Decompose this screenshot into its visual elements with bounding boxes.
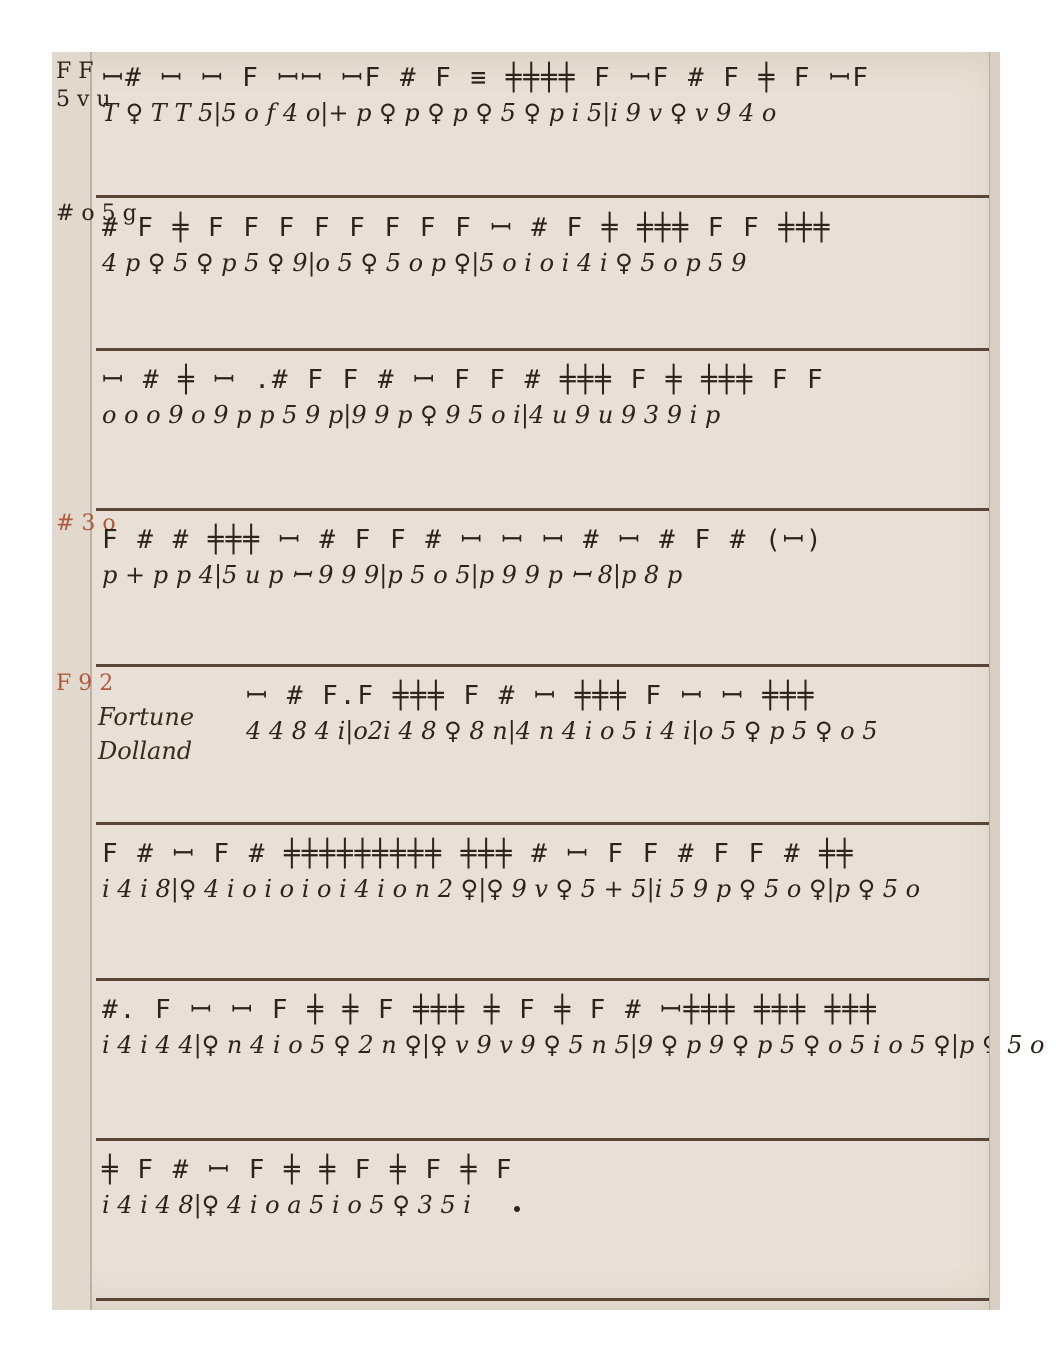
tab-letters: 4 p ♀ 5 ♀ p 5 ♀ 9|o 5 ♀ 5 o p ♀|5 o i o … <box>102 250 990 276</box>
tab-system-1: ꟷ# ꟷ ꟷ F ꟷꟷ ꟷF # F ≡ ╪╪╪╪ F ꟷF # F ╪ F ꟷ… <box>96 52 990 197</box>
rhythm-flags: ╪ F # ꟷ F ╪ ╪ F ╪ F ╪ F <box>102 1150 990 1190</box>
rhythm-flags: F # # ╪╪╪ ꟷ # F F # ꟷ ꟷ ꟷ # ꟷ # F # (ꟷ) <box>102 520 990 560</box>
page-gutter: F F 5 v u # o 5 g # 3 o F 9 2 <box>52 52 92 1310</box>
system-rule <box>96 664 990 667</box>
system-rule <box>96 822 990 825</box>
tab-letters: o o o 9 o 9 p p 5 9 p|9 9 p ♀ 9 5 o i|4 … <box>102 402 990 428</box>
tab-system-6: F # ꟷ F # ╪╪╪╪╪╪╪╪╪ ╪╪╪ # ꟷ F F # F F # … <box>96 828 990 978</box>
rhythm-flags: ꟷ# ꟷ ꟷ F ꟷꟷ ꟷF # F ≡ ╪╪╪╪ F ꟷF # F ╪ F ꟷ… <box>102 58 990 98</box>
system-rule <box>96 1138 990 1141</box>
tablature-area: ꟷ# ꟷ ꟷ F ꟷꟷ ꟷF # F ≡ ╪╪╪╪ F ꟷF # F ╪ F ꟷ… <box>96 52 1000 1310</box>
rhythm-flags: ꟷ # F.F ╪╪╪ F # ꟷ ╪╪╪ F ꟷ ꟷ ╪╪╪ <box>246 676 990 716</box>
rhythm-flags: #. F ꟷ ꟷ F ╪ ╪ F ╪╪╪ ╪ F ╪ F # ꟷ╪╪╪ ╪╪╪ … <box>102 990 990 1030</box>
rhythm-flags: F # ꟷ F # ╪╪╪╪╪╪╪╪╪ ╪╪╪ # ꟷ F F # F F # … <box>102 834 990 874</box>
tab-letters: i 4 i 8|♀ 4 i o i o i o i 4 i o n 2 ♀|♀ … <box>102 876 990 902</box>
rhythm-flags: ꟷ # ╪ ꟷ .# F F # ꟷ F F # ╪╪╪ F ╪ ╪╪╪ F F <box>102 360 990 400</box>
piece-title: Fortune <box>98 700 194 734</box>
rhythm-flags: # F ╪ F F F F F F F F ꟷ # F ╪ ╪╪╪ F F ╪╪… <box>102 208 990 248</box>
piece-composer: Dolland <box>98 734 192 768</box>
system-rule <box>96 978 990 981</box>
tab-system-4: F # # ╪╪╪ ꟷ # F F # ꟷ ꟷ ꟷ # ꟷ # F # (ꟷ) … <box>96 514 990 664</box>
tab-system-7: #. F ꟷ ꟷ F ╪ ╪ F ╪╪╪ ╪ F ╪ F # ꟷ╪╪╪ ╪╪╪ … <box>96 984 990 1134</box>
gutter-mark: F F <box>56 60 94 84</box>
tab-letters: p + p p 4|5 u p ꟷ 9 9 9|p 5 o 5|p 9 9 p … <box>102 562 990 588</box>
tab-letters: i 4 i 4 8|♀ 4 i o a 5 i o 5 ♀ 3 5 i <box>102 1192 990 1218</box>
ink-dot <box>514 1206 520 1212</box>
manuscript-page: F F 5 v u # o 5 g # 3 o F 9 2 ꟷ# ꟷ ꟷ F ꟷ… <box>52 52 1000 1310</box>
system-rule <box>96 195 990 198</box>
tab-system-3: ꟷ # ╪ ꟷ .# F F # ꟷ F F # ╪╪╪ F ╪ ╪╪╪ F F… <box>96 354 990 504</box>
tab-letters: T ♀ T T 5|5 o f 4 o|+ p ♀ p ♀ p ♀ 5 ♀ p … <box>102 100 990 126</box>
tab-letters: 4 4 8 4 i|o2i 4 8 ♀ 8 n|4 n 4 i o 5 i 4 … <box>246 718 990 744</box>
system-rule <box>96 348 990 351</box>
tab-system-5: ꟷ # F.F ╪╪╪ F # ꟷ ╪╪╪ F ꟷ ꟷ ╪╪╪ Fortune … <box>96 670 990 820</box>
page-edge <box>989 52 1000 1310</box>
system-rule <box>96 508 990 511</box>
tab-system-8: ╪ F # ꟷ F ╪ ╪ F ╪ F ╪ F i 4 i 4 8|♀ 4 i … <box>96 1144 990 1294</box>
tab-letters: i 4 i 4 4|♀ n 4 i o 5 ♀ 2 n ♀|♀ v 9 v 9 … <box>102 1032 990 1058</box>
system-rule <box>96 1298 990 1301</box>
tab-system-2: # F ╪ F F F F F F F F ꟷ # F ╪ ╪╪╪ F F ╪╪… <box>96 202 990 352</box>
